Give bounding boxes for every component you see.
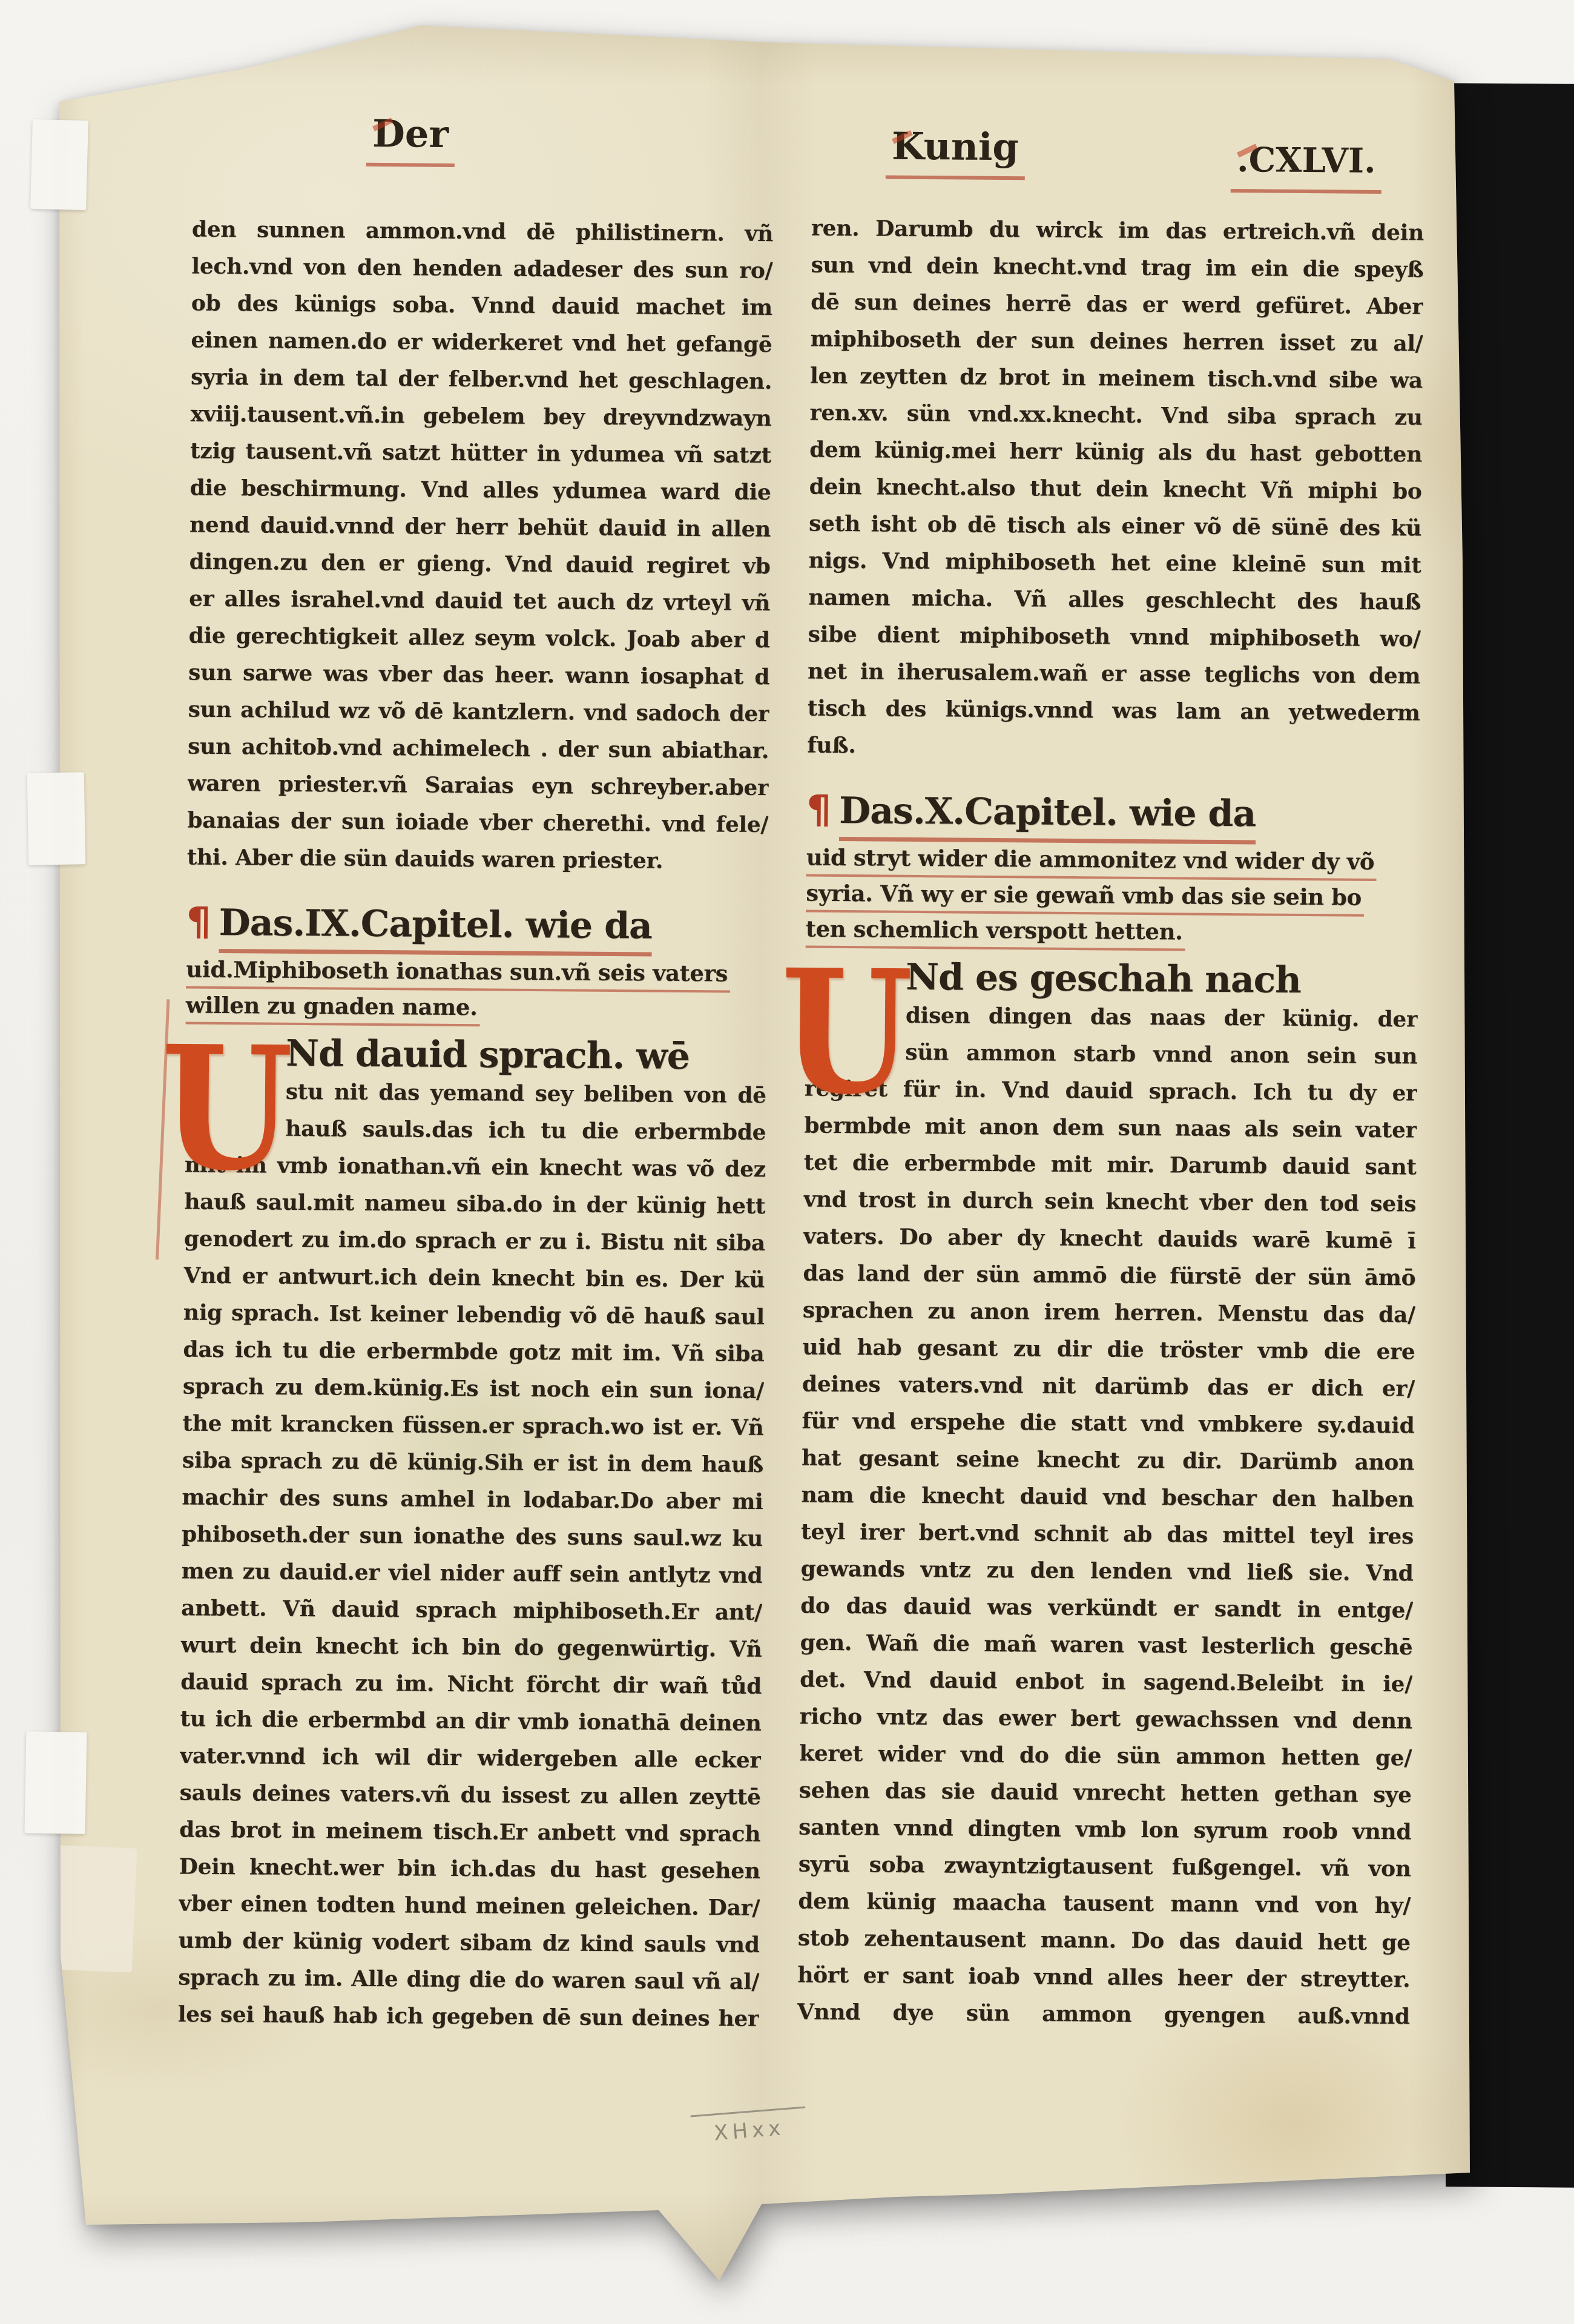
text-line: dauid sprach zu im. Nicht förcht dir wañ… xyxy=(180,1663,762,1705)
subtitle-line: uid.Miphiboseth ionathas sun.vñ seis vat… xyxy=(186,953,730,993)
text-line: den sunnen ammon.vnd dē philistinern. vñ… xyxy=(192,211,773,253)
text-line: sun sarwe was vber das heer. wann iosaph… xyxy=(188,655,769,696)
running-title-left: Der xyxy=(366,110,455,167)
text-line: sun achilud wz võ dē kantzlern. vnd sado… xyxy=(188,692,769,733)
text-line: umb der künig vodert sibam dz kind sauls… xyxy=(178,1922,759,1964)
text-line: sun achitob.vnd achimelech . der sun abi… xyxy=(188,728,769,770)
pilcrow-mark: ¶ xyxy=(186,900,211,945)
text-line: dem künig.mei herr künig als du hast geb… xyxy=(809,432,1422,474)
text-line: nend dauid.vnnd der herr behüt dauid in … xyxy=(189,507,771,549)
text-line: die beschirmung. Vnd alles ydumea ward d… xyxy=(189,470,771,512)
text-line: wurt dein knecht ich bin do gegenwürtig.… xyxy=(180,1626,762,1668)
text-line: lech.vnd von den henden adadeser des sun… xyxy=(191,248,772,290)
text-line: thi. Aber die sün dauids waren priester. xyxy=(187,839,768,881)
text-line: banaias der sun ioiade vber cherethi. vn… xyxy=(187,802,768,844)
text-line: len zeytten dz brot in meinem tisch.vnd … xyxy=(810,358,1423,400)
text-line: hauß sauls.das ich tu die erbermbde xyxy=(285,1111,766,1151)
text-line: keret wider vnd do die sün ammon hetten … xyxy=(799,1735,1412,1777)
text-line: uid hab gesant zu dir die tröster vmb di… xyxy=(802,1329,1415,1371)
text-line: xviij.tausent.vñ.in gebelem bey dreyvndz… xyxy=(190,396,771,438)
text-line: richo vntz das ewer bert gewachssen vnd … xyxy=(799,1698,1412,1740)
text-line: ren. Darumb du wirck im das ertreich.vñ … xyxy=(811,210,1424,252)
initial-letter: U xyxy=(160,1023,293,1193)
text-line: tzig tausent.vñ satzt hütter in ydumea v… xyxy=(190,433,771,475)
text-line: das brot in meinem tisch.Er anbett vnd s… xyxy=(179,1811,760,1853)
text-line: vaters. Do aber dy knecht dauids warē ku… xyxy=(803,1218,1416,1260)
text-line: sauls deines vaters.vñ du issest zu alle… xyxy=(179,1774,760,1816)
text-line: vater.vnnd ich wil dir widergeben alle e… xyxy=(180,1737,761,1779)
text-block: den sunnen ammon.vnd dē philistinern. vñ… xyxy=(187,211,774,881)
text-line: ren.xv. sün vnd.xx.knecht. Vnd siba spra… xyxy=(809,395,1422,437)
parchment-page: Der Kunig .CXLVI. den sunnen ammon.vnd d… xyxy=(42,17,1480,2282)
subtitle-line: syria. Vñ wy er sie gewañ vmb das sie se… xyxy=(806,877,1364,917)
text-line: nigs. Vnd miphiboseth het eine kleinē su… xyxy=(808,543,1421,584)
text-line: gen. Wañ die mañ waren vast lesterlich g… xyxy=(800,1625,1412,1666)
text-line: sün ammon starb vnnd anon sein sun xyxy=(905,1034,1417,1075)
page-content: Der Kunig .CXLVI. den sunnen ammon.vnd d… xyxy=(33,12,1489,2288)
text-line: die gerechtigkeit allez seym volck. Joab… xyxy=(188,618,769,659)
text-line: miphiboseth der sun deines herren isset … xyxy=(810,321,1423,363)
text-line: deines vaters.vnd nit darümb das er dich… xyxy=(802,1366,1415,1408)
text-line: das land der sün ammō die fürstē der sün… xyxy=(803,1255,1415,1297)
text-line: tu ich die erbermbd an dir vmb ionathā d… xyxy=(180,1700,761,1742)
text-line: men zu dauid.er viel nider auff sein ant… xyxy=(181,1553,762,1594)
text-line: the mit krancken füssen.er sprach.wo ist… xyxy=(182,1405,763,1447)
text-line: det. Vnd dauid enbot in sagend.Beleibt i… xyxy=(800,1662,1412,1703)
text-line: nig sprach. Ist keiner lebendig võ dē ha… xyxy=(183,1295,765,1336)
text-line: machir des suns amhel in lodabar.Do aber… xyxy=(182,1479,763,1521)
text-line: waren priester.vñ Saraias eyn schreyber.… xyxy=(187,765,768,807)
tape-strip xyxy=(27,772,86,865)
subtitle-line: uid stryt wider die ammonitez vnd wider … xyxy=(806,841,1377,881)
text-line: les sei hauß hab ich gegeben dē sun dein… xyxy=(178,1996,759,2038)
text-line: namen micha. Vñ alles geschlecht des hau… xyxy=(808,579,1421,621)
text-line: das ich tu die erbermbde gotz mit im. Vñ… xyxy=(183,1332,764,1373)
text-line: phiboseth.der sun ionathe des suns saul.… xyxy=(182,1516,763,1558)
text-line: Vnd er antwurt.ich dein knecht bin es. D… xyxy=(183,1258,765,1299)
text-line: für vnd erspehe die statt vnd vmbkere sy… xyxy=(802,1403,1414,1445)
body-lines: mit im vmb ionathan.vñ ein knecht was võ… xyxy=(178,1147,766,2038)
text-line: sibe dient miphiboseth vnnd miphiboseth … xyxy=(808,616,1420,658)
chapter-heading: ¶Das.IX.Capitel. wie da xyxy=(186,897,768,953)
text-line: stob zehentausent mann. Do das dauid het… xyxy=(798,1920,1411,1962)
lombard-initial-U: U xyxy=(157,1032,286,1147)
text-line: do das dauid was verkündt er sandt in en… xyxy=(800,1588,1413,1629)
pencil-annotation: XHxx xyxy=(691,2106,808,2147)
body-lines: regiret für in. Vnd dauid sprach. Ich tu… xyxy=(797,1071,1417,2036)
initial-letter: U xyxy=(780,946,913,1117)
lombard-initial-U: U xyxy=(777,956,906,1071)
text-line: net in iherusalem.wañ er asse teglichs v… xyxy=(808,653,1420,695)
text-line: dē sun deines herrē das er werd gefüret.… xyxy=(811,284,1423,326)
text-line: syrū soba zwayntzigtausent fußgengel. vñ… xyxy=(798,1846,1411,1888)
text-line: vber einen todten hund meinen geleichen.… xyxy=(179,1885,760,1927)
text-line: stu nit das yemand sey beliben von dē xyxy=(285,1074,766,1114)
text-line: siba sprach zu dē künig.Sih er ist in de… xyxy=(182,1442,763,1484)
text-line: hört er sant ioab vnnd alles heer der st… xyxy=(797,1957,1410,1999)
text-line: anbett. Vñ dauid sprach miphiboseth.Er a… xyxy=(181,1589,762,1631)
chapter-10-heading-block: ¶Das.X.Capitel. wie da uid stryt wider d… xyxy=(806,785,1420,953)
chapter-10-text: U Nd es geschah nach disen dingen das na… xyxy=(797,957,1418,2036)
chapter-9-text: U Nd dauid sprach. wē stu nit das yemand… xyxy=(178,1033,767,2038)
text-line: seth isht ob dē tisch als einer võ dē sü… xyxy=(809,506,1421,547)
text-line: dingen.zu den er gieng. Vnd dauid regire… xyxy=(189,544,770,586)
tape-strip xyxy=(25,1731,87,1834)
chapter-heading-text: Das.IX.Capitel. wie da xyxy=(219,902,652,957)
text-line: teyl irer bert.vnd schnit ab das mittel … xyxy=(801,1514,1414,1556)
text-line: ob des künigs soba. Vnnd dauid machet im xyxy=(191,285,772,327)
text-line: genodert zu im.do sprach er zu i. Bistu … xyxy=(184,1221,765,1263)
text-line: fuß. xyxy=(807,727,1420,769)
photo-backdrop: Der Kunig .CXLVI. den sunnen ammon.vnd d… xyxy=(0,0,1574,2324)
text-line: sprachen zu anon irem herren. Menstu das… xyxy=(803,1292,1415,1334)
manuscript-leaf: Der Kunig .CXLVI. den sunnen ammon.vnd d… xyxy=(42,17,1480,2282)
paper-repair-patch xyxy=(34,1844,137,1973)
text-line: gewands vntz zu den lenden vnd ließ sie.… xyxy=(800,1551,1413,1593)
text-line: syria in dem tal der felber.vnd het gesc… xyxy=(191,359,772,401)
text-line: nam die knecht dauid vnd beschar den hal… xyxy=(801,1477,1414,1519)
text-line: Dein knecht.wer bin ich.das du hast gese… xyxy=(179,1848,760,1890)
text-line: dem künig maacha tausent mann vnd von hy… xyxy=(798,1883,1411,1925)
text-line: dein knecht.also thut dein knecht Vñ mip… xyxy=(809,469,1421,510)
paper-crease xyxy=(62,0,431,49)
running-title-center: Kunig xyxy=(886,122,1025,180)
text-line: sprach zu dem.künig.Es ist noch ein sun … xyxy=(183,1368,764,1410)
text-line: Vnnd dye sün ammon gyengen auß.vnnd xyxy=(797,1994,1410,2036)
pilcrow-mark: ¶ xyxy=(806,788,831,833)
text-line: sehen das sie dauid vnrecht hetten getha… xyxy=(799,1772,1411,1814)
text-line: hat gesant seine knecht zu dir. Darümb a… xyxy=(802,1440,1414,1482)
text-column-right: ren. Darumb du wirck im das ertreich.vñ … xyxy=(797,210,1424,2036)
chapter-heading-text: Das.X.Capitel. wie da xyxy=(839,790,1256,844)
text-line: santen vnnd dingten vmb lon syrum roob v… xyxy=(799,1809,1411,1851)
text-line: tisch des künigs.vnnd was lam an yetwede… xyxy=(807,690,1420,732)
text-line: sprach zu im. Alle ding die do waren sau… xyxy=(178,1959,759,2001)
text-line: vnd trost in durch sein knecht vber den … xyxy=(803,1181,1416,1223)
chapter-heading: ¶Das.X.Capitel. wie da xyxy=(806,785,1420,841)
text-line: er alles israhel.vnd dauid tet auch dz v… xyxy=(189,581,770,622)
folio-number: .CXLVI. xyxy=(1231,136,1382,194)
text-block: ren. Darumb du wirck im das ertreich.vñ … xyxy=(807,210,1424,769)
text-line: einen namen.do er widerkeret vnd het gef… xyxy=(191,322,772,364)
text-line: sun vnd dein knecht.vnd trag im ein die … xyxy=(811,247,1423,289)
text-column-left: den sunnen ammon.vnd dē philistinern. vñ… xyxy=(178,211,774,2038)
text-line: tet die erbermbde mit mir. Darumb dauid … xyxy=(804,1144,1417,1186)
text-line: disen dingen das naas der künig. der xyxy=(906,997,1418,1038)
tape-strip xyxy=(30,119,88,210)
